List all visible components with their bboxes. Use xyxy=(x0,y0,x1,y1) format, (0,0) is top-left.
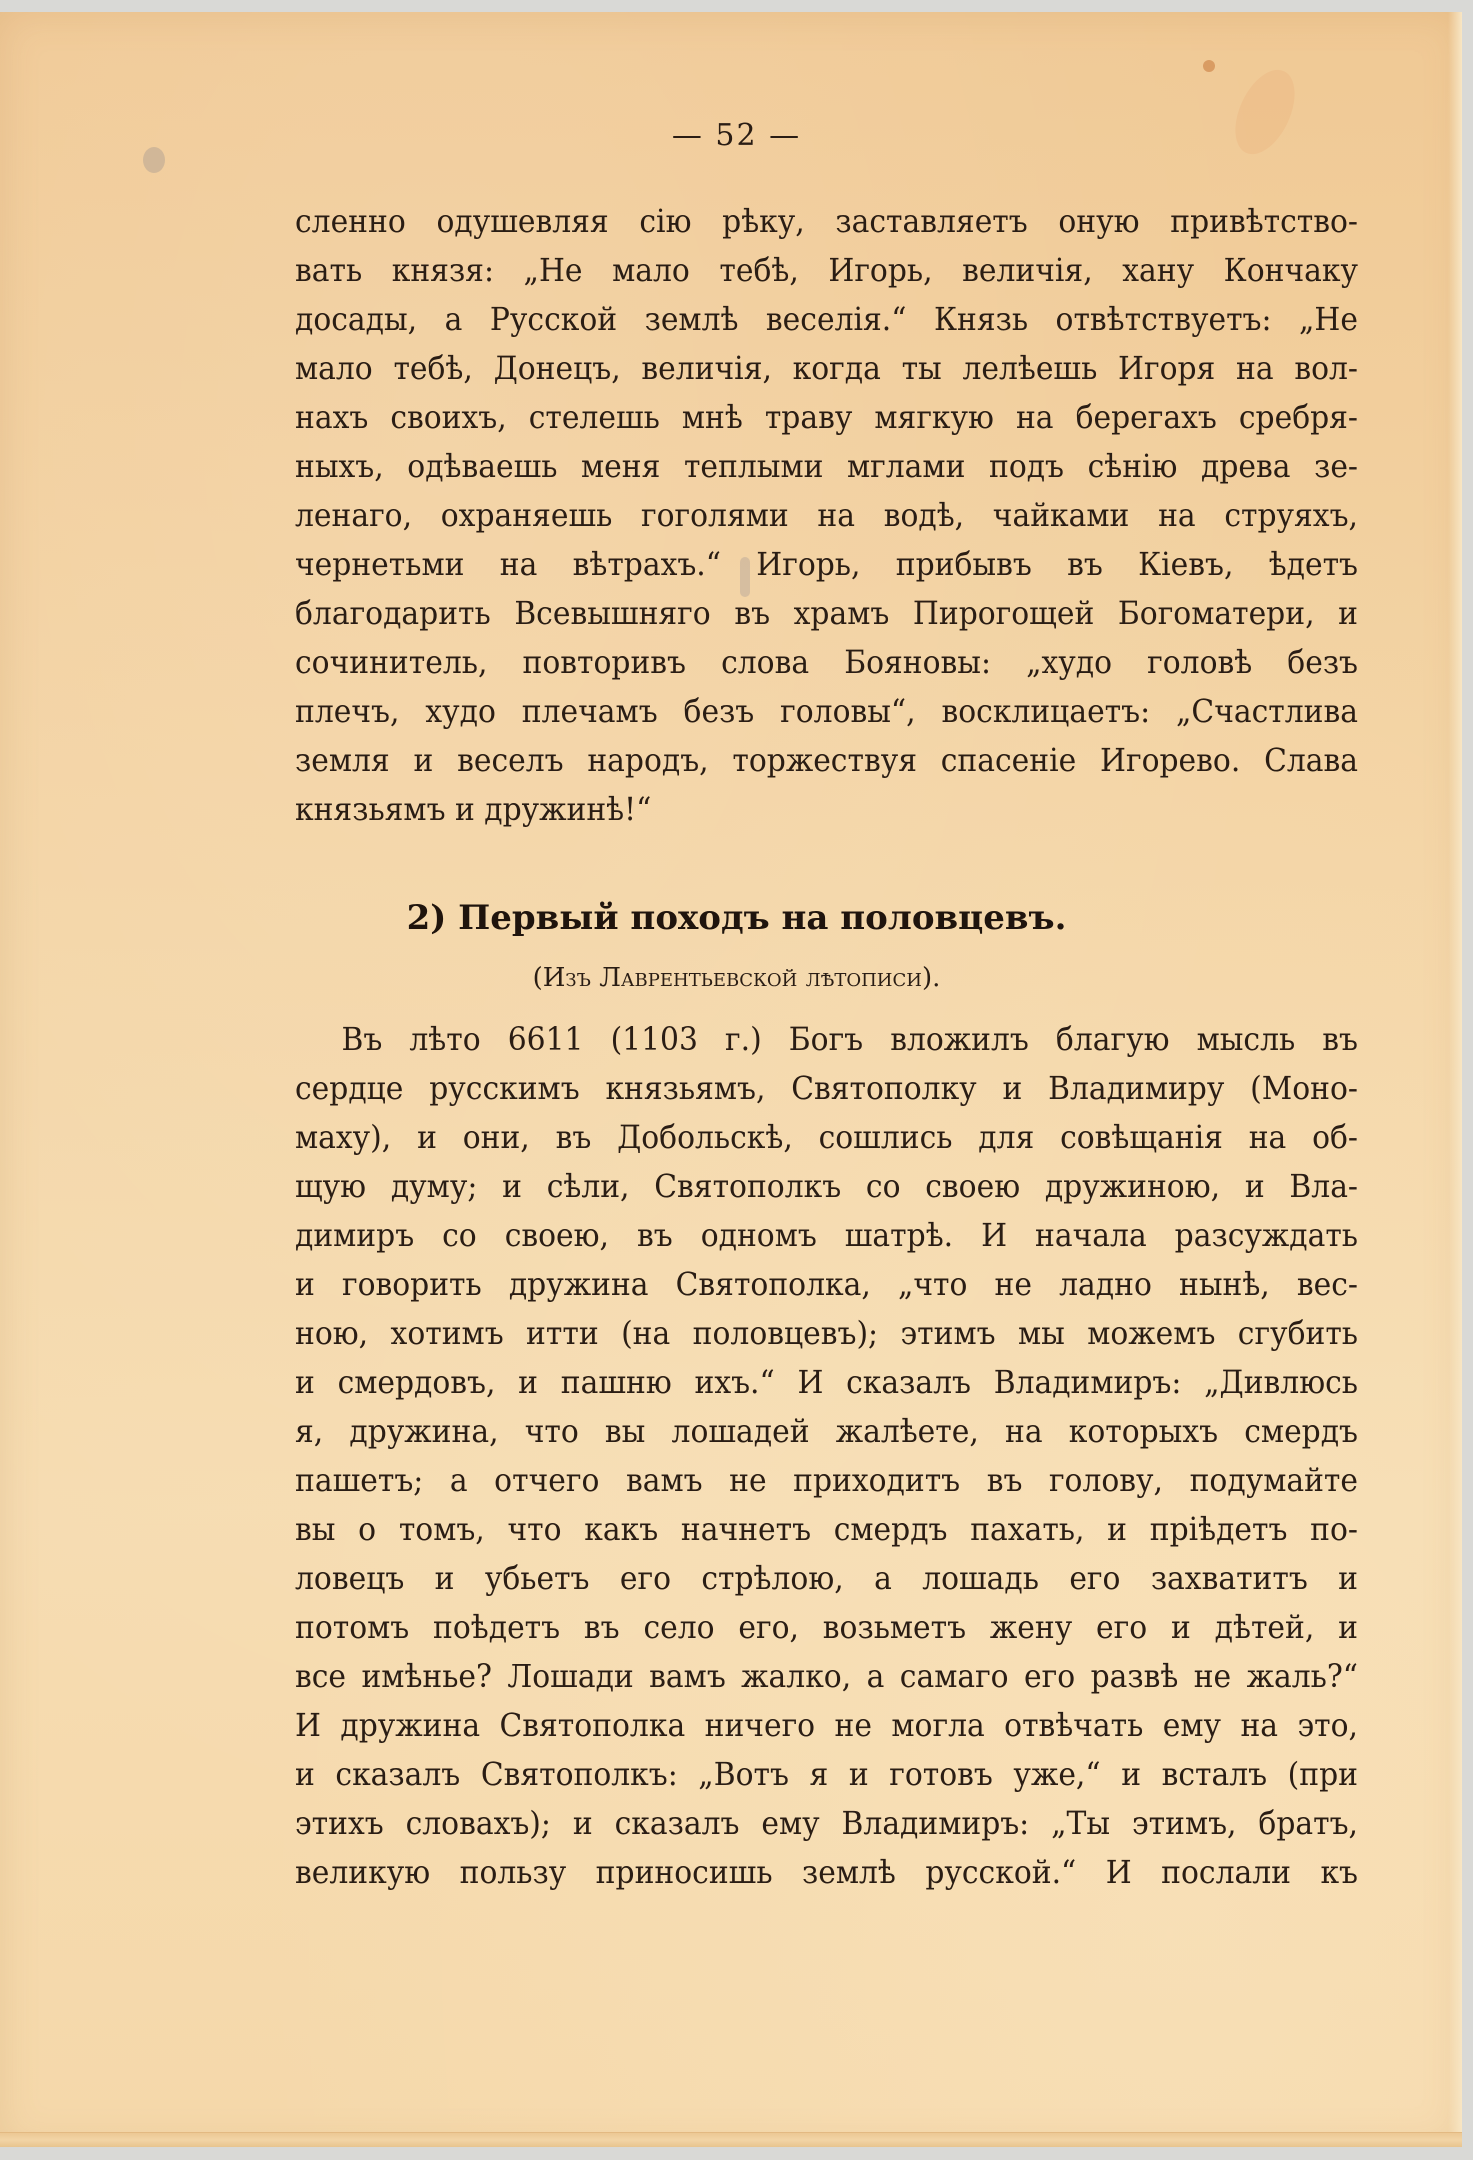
text-line: досады, а Русской землѣ веселія.“ Князь … xyxy=(295,295,1358,344)
text-line: ловецъ и убьетъ его стрѣлою, а лошадь ег… xyxy=(295,1554,1358,1603)
text-line: земля и веселъ народъ, торжествуя спасен… xyxy=(295,736,1358,785)
text-line: плечъ, худо плечамъ безъ головы“, воскли… xyxy=(295,687,1358,736)
text-line: щую думу; и сѣли, Святополкъ со своею др… xyxy=(295,1162,1358,1211)
text-line: чернетьми на вѣтрахъ.“ Игорь, прибывъ въ… xyxy=(295,540,1358,589)
text-line: этихъ словахъ); и сказалъ ему Владимиръ:… xyxy=(295,1799,1358,1848)
text-line: вать князя: „Не мало тебѣ, Игорь, величі… xyxy=(295,246,1358,295)
text-line: сердце русскимъ князьямъ, Святополку и В… xyxy=(295,1064,1358,1113)
text-line: я, дружина, что вы лошадей жалѣете, на к… xyxy=(295,1407,1358,1456)
text-line: ныхъ, одѣваешь меня теплыми мглами подъ … xyxy=(295,442,1358,491)
text-line: и сказалъ Святополкъ: „Вотъ я и готовъ у… xyxy=(295,1750,1358,1799)
page-edge xyxy=(1448,12,1462,2147)
section-heading: 2) Первый походъ на половцевъ. xyxy=(0,893,1473,943)
text-line: великую пользу приносишь землѣ русской.“… xyxy=(295,1848,1358,1897)
text-line: благодарить Всевышняго въ храмъ Пирогоще… xyxy=(295,589,1358,638)
text-line: сочинитель, повторивъ слова Бояновы: „ху… xyxy=(295,638,1358,687)
text-line: димиръ со своею, въ одномъ шатрѣ. И нача… xyxy=(295,1211,1358,1260)
text-line: нахъ своихъ, стелешь мнѣ траву мягкую на… xyxy=(295,393,1358,442)
text-line: потомъ поѣдетъ въ село его, возьметъ жен… xyxy=(295,1603,1358,1652)
section-source: (Изъ Лаврентьевской лѣтописи). xyxy=(0,958,1473,998)
section-paragraph: Въ лѣто 6611 (1103 г.) Богъ вложилъ благ… xyxy=(295,1015,1358,1897)
text-line: князьямъ и дружинѣ!“ xyxy=(295,785,1358,834)
paper-stain xyxy=(1203,60,1215,72)
page-edge xyxy=(0,2132,1462,2147)
text-line: ленаго, охраняешь гоголями на водѣ, чайк… xyxy=(295,491,1358,540)
text-line: И дружина Святополка ничего не могла отв… xyxy=(295,1701,1358,1750)
text-line: все имѣнье? Лошади вамъ жалко, а самаго … xyxy=(295,1652,1358,1701)
text-line: пашетъ; а отчего вамъ не приходитъ въ го… xyxy=(295,1456,1358,1505)
text-line: и говорить дружина Святополка, „что не л… xyxy=(295,1260,1358,1309)
page-number: — 52 — xyxy=(0,118,1473,153)
text-line: и смердовъ, и пашню ихъ.“ И сказалъ Влад… xyxy=(295,1358,1358,1407)
text-line: маху), и они, въ Добольскѣ, сошлись для … xyxy=(295,1113,1358,1162)
text-line: ною, хотимъ итти (на половцевъ); этимъ м… xyxy=(295,1309,1358,1358)
text-line: Въ лѣто 6611 (1103 г.) Богъ вложилъ благ… xyxy=(295,1015,1358,1064)
text-line: мало тебѣ, Донецъ, величія, когда ты лел… xyxy=(295,344,1358,393)
text-line: сленно одушевляя сію рѣку, заставляетъ о… xyxy=(295,197,1358,246)
continuation-paragraph: сленно одушевляя сію рѣку, заставляетъ о… xyxy=(295,197,1358,834)
text-line: вы о томъ, что какъ начнетъ смердъ пахат… xyxy=(295,1505,1358,1554)
